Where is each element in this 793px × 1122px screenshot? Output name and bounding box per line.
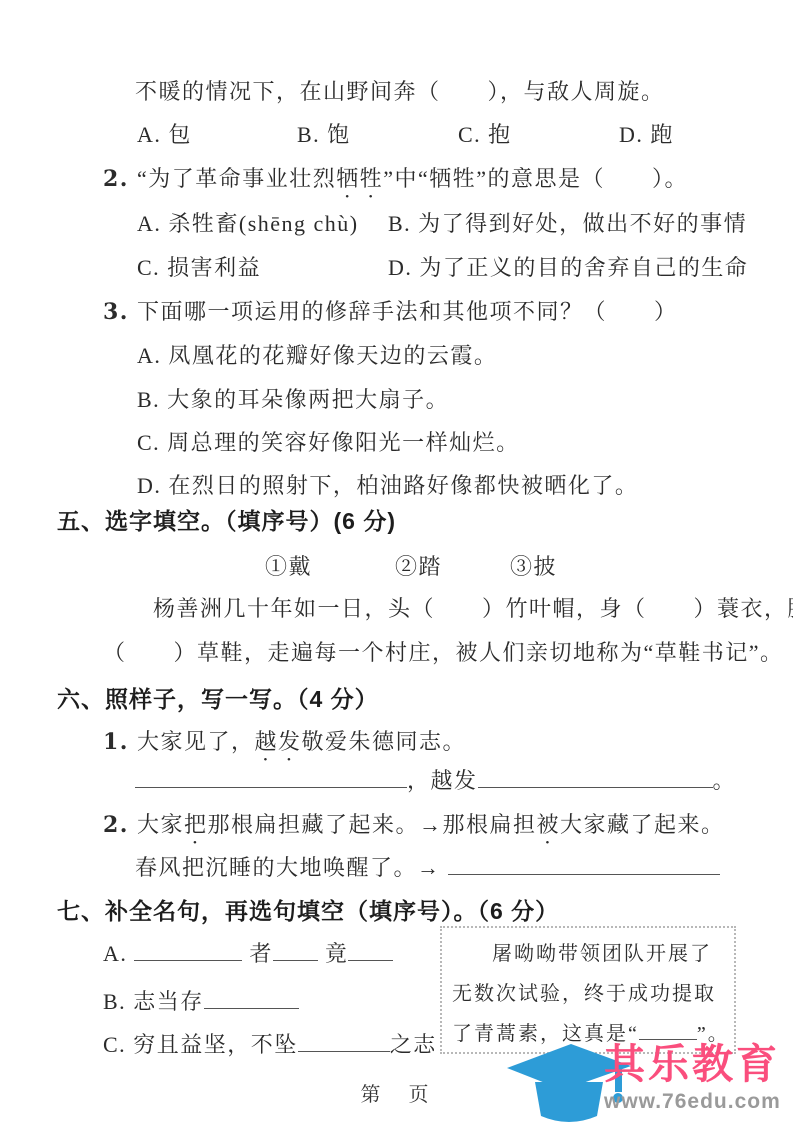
question2-prompt-post: ”中“牺牲”的意思是（ ）。 [383, 166, 688, 191]
section5-passage-line2: （ ）草鞋，走遍每一个村庄，被人们亲切地称为“草鞋书记”。 [103, 636, 784, 667]
emphasized-text: 被 [537, 812, 561, 837]
section7-item-a: A. 者 竟 [103, 937, 393, 968]
brand-text-block: 其乐教育 www.76edu.com [604, 1044, 781, 1112]
answer-end-punct: 。 [713, 768, 737, 793]
hint-line2: 无数次试验，终于成功提取 [452, 974, 724, 1014]
emphasized-text: 把 [184, 812, 208, 837]
answer-blank [204, 985, 299, 1009]
section7-item-b: B. 志当存 [103, 985, 299, 1016]
item1-number: 1. [103, 729, 129, 755]
section6-item2-line1: 2.大家把那根扁担藏了起来。→那根扁担被大家藏了起来。 [103, 808, 725, 849]
choice-char-1: ①戴 [265, 550, 312, 581]
answer-mid-text: ，越发 [407, 768, 478, 793]
question2-prompt-pre: “为了革命事业壮烈 [137, 166, 336, 191]
section5-passage-line1: 杨善洲几十年如一日，头（ ）竹叶帽，身（ ）蓑衣，脚 [153, 592, 793, 623]
option-item-q2-a: A. 杀牲畜(shēng chù) [137, 207, 359, 238]
option-item-q2-c: C. 损害利益 [137, 251, 261, 282]
item2-number: 2. [103, 812, 129, 838]
answer-blank [348, 937, 393, 961]
option-item-q3-a: A. 凤凰花的花瓣好像天边的云霞。 [137, 339, 497, 370]
section6-item1-answer-line: ，越发。 [135, 764, 736, 795]
option-item-q3-d: D. 在烈日的照射下，柏油路好像都快被晒化了。 [137, 469, 638, 500]
answer-blank [639, 1018, 697, 1040]
dashed-hint-box: 屠呦呦带领团队开展了 无数次试验，终于成功提取 了青蒿素，这真是“”。 [440, 926, 736, 1054]
option-item-q1-b: B. 饱 [297, 118, 351, 149]
arrow-icon: → [417, 855, 441, 880]
hint-line1: 屠呦呦带领团队开展了 [452, 934, 724, 974]
brand-website: www.76edu.com [604, 1091, 781, 1112]
question2-number: 2. [103, 166, 129, 192]
item1-post: 敬爱朱德同志。 [302, 729, 467, 754]
answer-blank [478, 764, 713, 788]
question3-prompt: 下面哪一项运用的修辞手法和其他项不同？（ ） [137, 299, 678, 324]
option-item-q3-b: B. 大象的耳朵像两把大扇子。 [137, 383, 449, 414]
test-paper-page: 不暖的情况下，在山野间奔（ ），与敌人周旋。 A. 包 B. 饱 C. 抱 D.… [0, 0, 793, 1122]
option-item-q1-c: C. 抱 [458, 118, 512, 149]
brand-name: 其乐教育 [604, 1044, 781, 1085]
question1-continuation-line: 不暖的情况下，在山野间奔（ ），与敌人周旋。 [135, 75, 665, 106]
arrow-icon: → [419, 812, 443, 837]
answer-blank [273, 937, 318, 961]
answer-blank [135, 764, 407, 788]
section6-heading: 六、照样子，写一写。（4 分） [57, 681, 379, 714]
answer-blank [134, 937, 242, 961]
question3-line: 3.下面哪一项运用的修辞手法和其他项不同？（ ） [103, 295, 677, 326]
section7-heading: 七、补全名句，再选句填空（填序号）。（6 分） [57, 893, 559, 926]
section5-heading: 五、选字填空。（填序号）(6 分) [57, 503, 396, 536]
question1-text: 不暖的情况下，在山野间奔（ ），与敌人周旋。 [135, 79, 665, 104]
section7-item-c: C. 穷且益坚，不坠之志 [103, 1028, 437, 1059]
choice-char-2: ②踏 [395, 550, 442, 581]
answer-blank [298, 1028, 390, 1052]
choice-char-3: ③披 [510, 550, 557, 581]
emphasized-text: 越发 [254, 729, 301, 754]
option-item-q1-a: A. 包 [137, 118, 192, 149]
answer-blank [448, 851, 720, 875]
option-item-q2-b: B. 为了得到好处，做出不好的事情 [388, 207, 747, 238]
emphasized-text: 牺牲 [336, 166, 383, 191]
item1-pre: 大家见了， [137, 729, 255, 754]
section6-item1-line: 1.大家见了，越发敬爱朱德同志。 [103, 725, 466, 766]
question2-line: 2.“为了革命事业壮烈牺牲”中“牺牲”的意思是（ ）。 [103, 162, 688, 203]
option-item-q3-c: C. 周总理的笑容好像阳光一样灿烂。 [137, 426, 520, 457]
section6-item2-line2: 春风把沉睡的大地唤醒了。→ [135, 851, 720, 882]
question3-number: 3. [103, 299, 129, 325]
option-item-q2-d: D. 为了正义的目的舍弃自己的生命 [388, 251, 748, 282]
option-item-q1-d: D. 跑 [619, 118, 674, 149]
